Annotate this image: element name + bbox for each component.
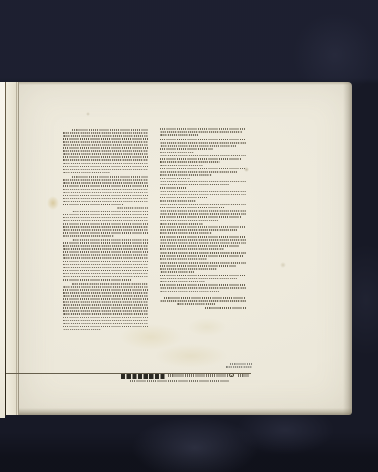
text-line <box>63 159 148 161</box>
text-line <box>63 251 148 253</box>
text-line <box>63 214 148 216</box>
cover-spine <box>6 82 19 415</box>
text-line <box>230 363 252 365</box>
text-line <box>160 191 246 193</box>
text-line <box>63 185 148 187</box>
text-line <box>63 229 148 231</box>
text-line <box>63 298 148 300</box>
text-line <box>160 278 237 280</box>
text-line <box>160 210 246 212</box>
text-line <box>63 192 148 194</box>
text-line <box>160 262 246 264</box>
text-line <box>160 155 246 157</box>
text-line <box>63 220 148 222</box>
text-line <box>72 283 149 285</box>
text-line <box>63 286 148 288</box>
text-line <box>63 138 148 140</box>
text-line <box>63 326 148 328</box>
spine-crease-line <box>16 82 17 415</box>
text-line <box>160 213 246 215</box>
text-line <box>160 275 246 277</box>
text-line <box>63 257 148 259</box>
text-line <box>63 163 148 165</box>
text-line <box>63 132 148 134</box>
text-line <box>160 245 239 247</box>
text-line <box>63 147 148 149</box>
text-line <box>63 153 148 155</box>
text-line <box>160 171 237 173</box>
text-line <box>63 245 148 247</box>
text-line <box>72 239 149 241</box>
text-line <box>63 329 101 331</box>
text-line <box>160 145 236 147</box>
text-line <box>160 181 246 183</box>
text-line <box>160 152 194 154</box>
text-line <box>63 223 148 225</box>
text-line <box>160 128 246 130</box>
publisher-second-line-text <box>130 380 229 383</box>
text-line <box>177 303 216 305</box>
text-line <box>226 366 252 368</box>
text-line <box>63 156 148 158</box>
publisher-name-text <box>121 374 166 379</box>
text-line <box>72 176 149 178</box>
publisher-logo-icon <box>229 373 233 377</box>
text-line <box>63 226 148 228</box>
text-line <box>160 184 229 186</box>
text-line <box>63 261 148 263</box>
photo-backdrop <box>0 0 378 472</box>
text-line <box>160 200 196 202</box>
text-line <box>63 217 148 219</box>
text-line <box>63 242 148 244</box>
text-line <box>160 178 190 180</box>
text-line <box>160 236 246 238</box>
text-line <box>63 144 148 146</box>
text-line <box>63 235 114 237</box>
text-line <box>63 279 131 281</box>
text-line <box>63 310 148 312</box>
text-line <box>164 297 246 299</box>
text-line <box>160 287 246 289</box>
text-line <box>160 265 236 267</box>
text-line <box>63 270 148 272</box>
spine-crease-line <box>18 82 19 415</box>
text-line <box>160 252 246 254</box>
text-line <box>160 168 246 170</box>
text-line <box>63 301 148 303</box>
text-line <box>72 129 149 131</box>
text-line <box>63 254 148 256</box>
text-line <box>63 189 148 191</box>
text-line <box>160 220 218 222</box>
liner-notes-right-column <box>160 128 246 311</box>
text-line <box>160 239 246 241</box>
text-line <box>238 374 249 376</box>
text-line <box>63 307 148 309</box>
text-line <box>160 232 212 234</box>
text-line <box>160 248 224 250</box>
text-line <box>205 307 246 309</box>
publisher-code-text <box>238 374 249 378</box>
lp-back-cover <box>0 82 352 415</box>
text-line <box>63 169 148 171</box>
publisher-address-text <box>168 374 228 378</box>
text-line <box>63 141 148 143</box>
text-line <box>63 292 148 294</box>
text-line <box>63 179 148 181</box>
text-line <box>63 323 148 325</box>
text-line <box>160 134 199 136</box>
text-line <box>160 142 246 144</box>
text-line <box>63 182 148 184</box>
text-line <box>160 187 186 189</box>
text-line <box>63 201 148 203</box>
text-line <box>160 229 237 231</box>
text-line <box>63 289 148 291</box>
text-line <box>63 304 148 306</box>
text-line <box>160 271 194 273</box>
text-line <box>160 255 243 257</box>
text-line <box>160 242 246 244</box>
text-line <box>72 211 149 213</box>
text-line <box>63 198 148 200</box>
text-line <box>160 226 246 228</box>
text-line <box>160 207 225 209</box>
text-line <box>63 166 148 168</box>
liner-notes-left-column <box>63 129 148 332</box>
text-line <box>160 148 213 150</box>
text-line <box>160 216 242 218</box>
text-line <box>160 165 203 167</box>
text-line <box>160 161 220 163</box>
text-line <box>160 284 246 286</box>
text-line <box>160 300 246 302</box>
text-line <box>160 131 242 133</box>
text-line <box>63 317 148 319</box>
text-line <box>63 135 148 137</box>
text-line <box>63 313 148 315</box>
text-line <box>160 281 205 283</box>
text-line <box>160 268 217 270</box>
text-line <box>63 264 148 266</box>
text-line <box>130 380 229 382</box>
text-line <box>160 258 207 260</box>
text-line <box>63 172 110 174</box>
text-line <box>160 291 220 293</box>
text-line <box>160 223 203 225</box>
text-line <box>63 248 148 250</box>
text-line <box>160 197 207 199</box>
text-line <box>168 374 228 376</box>
catalog-number-text <box>210 363 252 370</box>
text-line <box>160 158 241 160</box>
text-line <box>63 273 148 275</box>
text-line <box>63 320 148 322</box>
text-line <box>63 267 148 269</box>
text-line <box>160 194 246 196</box>
text-line <box>63 204 124 206</box>
text-line <box>160 204 246 206</box>
text-line <box>117 207 148 209</box>
text-line <box>63 276 148 278</box>
text-line <box>63 195 148 197</box>
text-line <box>160 174 212 176</box>
text-line <box>63 232 148 234</box>
text-line <box>160 139 246 141</box>
text-line <box>63 295 148 297</box>
text-line <box>63 150 148 152</box>
